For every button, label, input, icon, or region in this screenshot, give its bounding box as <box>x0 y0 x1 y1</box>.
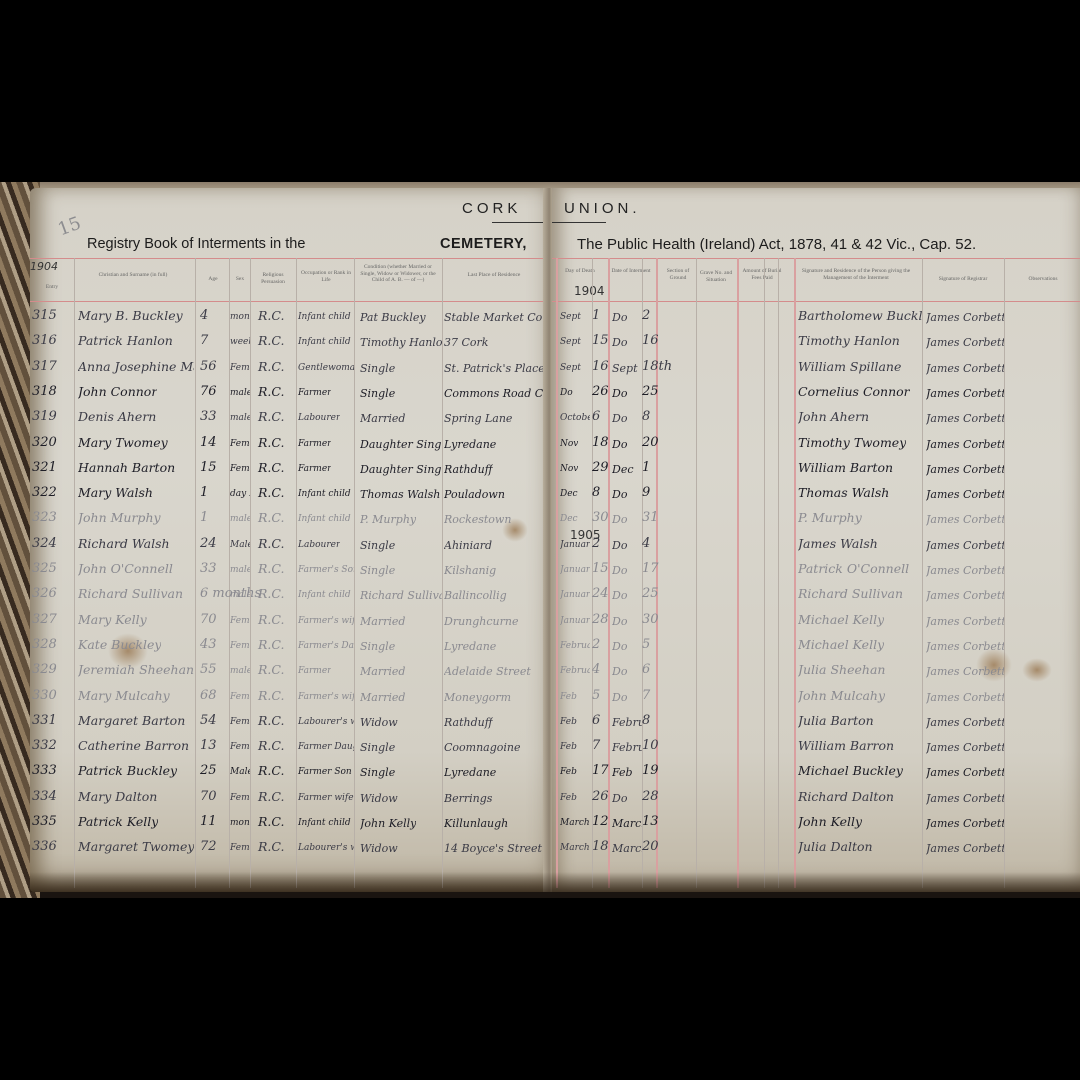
death-day: 24 <box>592 586 609 601</box>
col-condition: Condition (whether Married or Single, Wi… <box>356 264 440 284</box>
interment-day: 10 <box>642 738 659 753</box>
table-row: 330Mary Mulcahy68FemaleR.C.Farmer's wife… <box>30 686 550 711</box>
occupation: Infant child <box>298 590 351 600</box>
interment-day: 20 <box>642 435 659 450</box>
table-row: 325John O'Connell33maleR.C.Farmer's SonS… <box>30 559 550 584</box>
condition: Single <box>360 741 395 754</box>
registrar-signature: James Corbett <box>926 716 1004 729</box>
deceased-name: Jeremiah Sheehan <box>78 662 194 677</box>
residence: 14 Boyce's Street Cork <box>444 842 544 855</box>
condition: John Kelly <box>360 817 416 830</box>
table-row: March18March20Julia DaltonJames Corbett <box>552 837 1080 862</box>
registrar-signature: James Corbett <box>926 842 1004 855</box>
religion: R.C. <box>258 789 284 804</box>
table-row: Sept15Do16Timothy HanlonJames Corbett <box>552 331 1080 356</box>
right-page: UNION. The Public Health (Ireland) Act, … <box>552 188 1080 892</box>
interment-month: Do <box>612 438 627 451</box>
religion: R.C. <box>258 586 284 601</box>
death-month: January <box>560 616 590 626</box>
residence: Killunlaugh <box>444 817 508 830</box>
age: 70 <box>200 789 217 804</box>
entry-number: 330 <box>32 688 57 703</box>
table-row: Feb7February10William BarronJames Corbet… <box>552 736 1080 761</box>
title-registry: Registry Book of Interments in the <box>87 236 305 252</box>
informant-signature: William Barron <box>798 738 894 753</box>
residence: Lyredane <box>444 766 496 779</box>
informant-signature: P. Murphy <box>798 510 862 525</box>
death-day: 2 <box>592 637 600 652</box>
residence: Rockestown <box>444 513 511 526</box>
condition: Pat Buckley <box>360 311 426 324</box>
col-informant: Signature and Residence of the Person gi… <box>796 268 916 281</box>
entry-number: 332 <box>32 738 57 753</box>
condition: P. Murphy <box>360 513 416 526</box>
sex: Female <box>230 742 250 752</box>
col-section: Section of Ground <box>658 268 698 281</box>
table-row: Sept16Sept18thWilliam SpillaneJames Corb… <box>552 357 1080 382</box>
occupation: Farmer's Son <box>298 565 354 575</box>
table-row: Feb26Do28Richard DaltonJames Corbett <box>552 787 1080 812</box>
residence: Adelaide Street <box>444 665 531 678</box>
registrar-signature: James Corbett <box>926 513 1004 526</box>
occupation: Farmer Daughter <box>298 742 354 752</box>
condition: Married <box>360 615 405 628</box>
interment-month: Do <box>612 665 627 678</box>
table-row: 334Mary Dalton70FemaleR.C.Farmer wifeWid… <box>30 787 550 812</box>
table-row: 328Kate Buckley43FemaleR.C.Farmer's Daug… <box>30 635 550 660</box>
entry-number: 323 <box>32 510 57 525</box>
sex: Male <box>230 767 250 777</box>
death-month: March <box>560 843 590 853</box>
occupation: Labourer's wife <box>298 843 354 853</box>
religion: R.C. <box>258 763 284 778</box>
age: 55 <box>200 662 217 677</box>
interment-day: 25 <box>642 384 659 399</box>
death-day: 28 <box>592 612 609 627</box>
interment-month: March <box>612 842 642 855</box>
age: 43 <box>200 637 217 652</box>
informant-signature: Bartholomew Buckley <box>798 308 922 323</box>
header-rule-left <box>492 222 550 223</box>
left-page: 15 CORK Registry Book of Interments in t… <box>30 188 550 892</box>
sex: Female <box>230 793 250 803</box>
sex: male <box>230 388 250 398</box>
deceased-name: Mary B. Buckley <box>78 308 183 323</box>
table-row: 322Mary Walsh1day FemaleR.C.Infant child… <box>30 483 550 508</box>
death-month: Feb <box>560 717 577 727</box>
condition: Single <box>360 564 395 577</box>
col-day-of-death: Day of Death <box>558 268 602 275</box>
occupation: Farmer <box>298 666 331 676</box>
residence: Ahiniard <box>444 539 492 552</box>
condition: Widow <box>360 716 398 729</box>
interment-day: 19 <box>642 763 659 778</box>
death-month: Feb <box>560 692 577 702</box>
table-row: October6Do8John AhernJames Corbett <box>552 407 1080 432</box>
interment-month: Do <box>612 387 627 400</box>
registrar-signature: James Corbett <box>926 362 1004 375</box>
sex: months <box>230 312 250 322</box>
sex: male <box>230 514 250 524</box>
age: 1 <box>200 510 208 525</box>
death-month: January <box>560 565 590 575</box>
informant-signature: Julia Dalton <box>798 839 873 854</box>
deceased-name: Mary Dalton <box>78 789 157 804</box>
occupation: Farmer's Daughter <box>298 641 354 651</box>
condition: Thomas Walsh <box>360 488 440 501</box>
residence: Ballincollig <box>444 589 507 602</box>
condition: Married <box>360 665 405 678</box>
table-row: 317Anna Josephine Mahony56FemaleR.C.Gent… <box>30 357 550 382</box>
sex: Male <box>230 540 250 550</box>
occupation: Farmer Son <box>298 767 352 777</box>
age: 7 <box>200 333 208 348</box>
occupation: Farmer <box>298 464 331 474</box>
death-day: 18 <box>592 839 609 854</box>
informant-signature: Timothy Hanlon <box>798 333 900 348</box>
informant-signature: Michael Kelly <box>798 637 884 652</box>
table-row: Feb6February8Julia BartonJames Corbett <box>552 711 1080 736</box>
informant-signature: Michael Buckley <box>798 763 903 778</box>
informant-signature: William Barton <box>798 460 893 475</box>
death-day: 29 <box>592 460 609 475</box>
condition: Widow <box>360 842 398 855</box>
informant-signature: Cornelius Connor <box>798 384 910 399</box>
table-row: 335Patrick Kelly11months maleR.C.Infant … <box>30 812 550 837</box>
death-month: Nov <box>560 439 578 449</box>
residence: Lyredane <box>444 438 496 451</box>
interment-day: 16 <box>642 333 659 348</box>
table-row: Dec30Do31P. MurphyJames Corbett <box>552 508 1080 533</box>
registrar-signature: James Corbett <box>926 564 1004 577</box>
deceased-name: John Connor <box>78 384 157 399</box>
age: 13 <box>200 738 217 753</box>
residence: Moneygorm <box>444 691 511 704</box>
death-day: 8 <box>592 485 600 500</box>
interment-day: 1 <box>642 460 650 475</box>
occupation: Labourer <box>298 413 340 423</box>
religion: R.C. <box>258 435 284 450</box>
deceased-name: Mary Mulcahy <box>78 688 170 703</box>
interment-month: Do <box>612 564 627 577</box>
col-observations: Observations <box>1006 276 1080 283</box>
death-month: March <box>560 818 590 828</box>
death-day: 4 <box>592 662 600 677</box>
entry-number: 336 <box>32 839 57 854</box>
age: 33 <box>200 409 217 424</box>
religion: R.C. <box>258 814 284 829</box>
table-row: 327Mary Kelly70FemaleR.C.Farmer's wifeMa… <box>30 610 550 635</box>
entry-number: 333 <box>32 763 57 778</box>
informant-signature: James Walsh <box>798 536 878 551</box>
entry-number: 318 <box>32 384 57 399</box>
deceased-name: Patrick Buckley <box>78 763 177 778</box>
year-corner: 1904 <box>30 260 58 273</box>
residence: Berrings <box>444 792 492 805</box>
interment-month: Do <box>612 336 627 349</box>
condition: Timothy Hanlon <box>360 336 442 349</box>
residence: Drunghcurne <box>444 615 518 628</box>
deceased-name: Anna Josephine Mahony <box>78 359 194 374</box>
interment-day: 2 <box>642 308 650 323</box>
table-row: 319Denis Ahern33maleR.C.LabourerMarriedS… <box>30 407 550 432</box>
death-day: 30 <box>592 510 609 525</box>
sex: Female <box>230 616 250 626</box>
religion: R.C. <box>258 536 284 551</box>
age: 72 <box>200 839 217 854</box>
interment-month: Sept <box>612 362 638 375</box>
occupation: Labourer <box>298 540 340 550</box>
occupation: Gentlewoman <box>298 363 354 373</box>
header-rule-right <box>552 222 606 223</box>
interment-month: February <box>612 741 642 754</box>
residence: Rathduff <box>444 716 493 729</box>
sex: Female <box>230 641 250 651</box>
condition: Single <box>360 539 395 552</box>
table-row: January28Do30Michael KellyJames Corbett <box>552 610 1080 635</box>
interment-day: 7 <box>642 688 650 703</box>
informant-signature: John Mulcahy <box>798 688 885 703</box>
informant-signature: Julia Barton <box>798 713 874 728</box>
entry-number: 335 <box>32 814 57 829</box>
col-residence: Last Place of Residence <box>444 272 544 279</box>
death-month: Nov <box>560 464 578 474</box>
religion: R.C. <box>258 384 284 399</box>
residence: Pouladown <box>444 488 505 501</box>
deceased-name: Denis Ahern <box>78 409 156 424</box>
registrar-signature: James Corbett <box>926 792 1004 805</box>
table-row: 324Richard Walsh24MaleR.C.LabourerSingle… <box>30 534 550 559</box>
interment-month: Do <box>612 792 627 805</box>
col-name: Christian and Surname (in full) <box>78 272 188 279</box>
sex: Female <box>230 439 250 449</box>
occupation: Infant child <box>298 514 351 524</box>
condition: Single <box>360 766 395 779</box>
table-row: February4Do6Julia SheehanJames Corbett <box>552 660 1080 685</box>
interment-month: Dec <box>612 463 634 476</box>
deceased-name: Richard Sullivan <box>78 586 183 601</box>
death-day: 6 <box>592 409 600 424</box>
col-registrar: Signature of Registrar <box>924 276 1002 283</box>
title-act: The Public Health (Ireland) Act, 1878, 4… <box>577 236 976 253</box>
table-row: Sept1Do2Bartholomew BuckleyJames Corbett <box>552 306 1080 331</box>
header-cork: CORK <box>462 200 521 217</box>
death-month: Do <box>560 388 573 398</box>
residence: 37 Cork <box>444 336 488 349</box>
deceased-name: Mary Twomey <box>78 435 168 450</box>
registrar-signature: James Corbett <box>926 336 1004 349</box>
interment-day: 28 <box>642 789 659 804</box>
residence: Lyredane <box>444 640 496 653</box>
table-row: March12March13John KellyJames Corbett <box>552 812 1080 837</box>
occupation: Farmer <box>298 439 331 449</box>
death-day: 26 <box>592 384 609 399</box>
religion: R.C. <box>258 359 284 374</box>
entry-number: 321 <box>32 460 57 475</box>
deceased-name: Patrick Kelly <box>78 814 158 829</box>
entry-number: 317 <box>32 359 57 374</box>
religion: R.C. <box>258 308 284 323</box>
entry-number: 328 <box>32 637 57 652</box>
table-row: 321Hannah Barton15FemaleR.C.FarmerDaught… <box>30 458 550 483</box>
table-row: Dec8Do9Thomas WalshJames Corbett <box>552 483 1080 508</box>
age: 15 <box>200 460 217 475</box>
registrar-signature: James Corbett <box>926 615 1004 628</box>
interment-month: Do <box>612 640 627 653</box>
sex: Female <box>230 464 250 474</box>
death-day: 18 <box>592 435 609 450</box>
deceased-name: Mary Walsh <box>78 485 153 500</box>
table-row: Nov18Do20Timothy TwomeyJames Corbett <box>552 433 1080 458</box>
sex: male <box>230 666 250 676</box>
condition: Richard Sullivan <box>360 589 442 602</box>
deceased-name: Margaret Barton <box>78 713 185 728</box>
death-month: Dec <box>560 514 578 524</box>
informant-signature: Michael Kelly <box>798 612 884 627</box>
age: 56 <box>200 359 217 374</box>
interment-day: 20 <box>642 839 659 854</box>
interment-day: 9 <box>642 485 650 500</box>
informant-signature: John Ahern <box>798 409 869 424</box>
residence: St. Patrick's Place Cork <box>444 362 544 375</box>
registrar-signature: James Corbett <box>926 539 1004 552</box>
interment-month: Do <box>612 311 627 324</box>
religion: R.C. <box>258 688 284 703</box>
age: 68 <box>200 688 217 703</box>
informant-signature: Richard Dalton <box>798 789 894 804</box>
death-day: 12 <box>592 814 609 829</box>
age: 24 <box>200 536 217 551</box>
age: 70 <box>200 612 217 627</box>
registrar-signature: James Corbett <box>926 640 1004 653</box>
entry-number: 320 <box>32 435 57 450</box>
entry-number: 325 <box>32 561 57 576</box>
death-month: February <box>560 641 590 651</box>
interment-day: 13 <box>642 814 659 829</box>
table-row: 333Patrick Buckley25MaleR.C.Farmer SonSi… <box>30 761 550 786</box>
table-row: January2Do4James WalshJames Corbett <box>552 534 1080 559</box>
table-row: February2Do5Michael KellyJames Corbett <box>552 635 1080 660</box>
interment-day: 4 <box>642 536 650 551</box>
informant-signature: Thomas Walsh <box>798 485 889 500</box>
deceased-name: Hannah Barton <box>78 460 175 475</box>
religion: R.C. <box>258 460 284 475</box>
age: 33 <box>200 561 217 576</box>
religion: R.C. <box>258 637 284 652</box>
death-day: 17 <box>592 763 609 778</box>
year-1904: 1904 <box>574 284 605 298</box>
col-religion: Religious Persuasion <box>252 272 294 285</box>
deceased-name: Patrick Hanlon <box>78 333 173 348</box>
death-day: 2 <box>592 536 600 551</box>
table-row: 315Mary B. Buckley4monthsR.C.Infant chil… <box>30 306 550 331</box>
entry-number: 326 <box>32 586 57 601</box>
interment-day: 5 <box>642 637 650 652</box>
occupation: Labourer's wife <box>298 717 354 727</box>
table-row: 318John Connor76maleR.C.FarmerSingleComm… <box>30 382 550 407</box>
death-month: Feb <box>560 793 577 803</box>
table-row: Feb17Feb19Michael BuckleyJames Corbett <box>552 761 1080 786</box>
death-day: 1 <box>592 308 600 323</box>
interment-day: 25 <box>642 586 659 601</box>
registrar-signature: James Corbett <box>926 665 1004 678</box>
age: 76 <box>200 384 217 399</box>
col-sex: Sex <box>230 276 250 283</box>
interment-month: Do <box>612 539 627 552</box>
religion: R.C. <box>258 333 284 348</box>
age: 14 <box>200 435 217 450</box>
age: 25 <box>200 763 217 778</box>
interment-month: Do <box>612 488 627 501</box>
occupation: Farmer <box>298 388 331 398</box>
deceased-name: Richard Walsh <box>78 536 170 551</box>
interment-day: 17 <box>642 561 659 576</box>
age: 4 <box>200 308 208 323</box>
religion: R.C. <box>258 662 284 677</box>
table-row: Feb5Do7John MulcahyJames Corbett <box>552 686 1080 711</box>
sex: Female <box>230 363 250 373</box>
col-date-interment: Date of Interment <box>610 268 652 275</box>
registrar-signature: James Corbett <box>926 463 1004 476</box>
death-day: 7 <box>592 738 600 753</box>
entry-number: 324 <box>32 536 57 551</box>
death-month: Sept <box>560 363 581 373</box>
sex: Female <box>230 717 250 727</box>
informant-signature: Patrick O'Connell <box>798 561 909 576</box>
religion: R.C. <box>258 409 284 424</box>
registrar-signature: James Corbett <box>926 488 1004 501</box>
occupation: Infant child <box>298 312 351 322</box>
deceased-name: John O'Connell <box>78 561 173 576</box>
informant-signature: Timothy Twomey <box>798 435 906 450</box>
occupation: Infant child <box>298 489 351 499</box>
residence: Commons Road Cork <box>444 387 544 400</box>
interment-month: Do <box>612 691 627 704</box>
interment-month: February <box>612 716 642 729</box>
informant-signature: Julia Sheehan <box>798 662 885 677</box>
entry-number: 319 <box>32 409 57 424</box>
sex: Female <box>230 843 250 853</box>
residence: Stable Market Cork <box>444 311 544 324</box>
interment-month: Do <box>612 615 627 628</box>
occupation: Infant child <box>298 337 351 347</box>
condition: Single <box>360 387 395 400</box>
condition: Married <box>360 691 405 704</box>
religion: R.C. <box>258 510 284 525</box>
death-month: Feb <box>560 742 577 752</box>
condition: Married <box>360 412 405 425</box>
age: 1 <box>200 485 208 500</box>
registrar-signature: James Corbett <box>926 311 1004 324</box>
sex: male <box>230 413 250 423</box>
interment-day: 8 <box>642 713 650 728</box>
age: 11 <box>200 814 217 829</box>
entry-number: 334 <box>32 789 57 804</box>
table-row: 329Jeremiah Sheehan55maleR.C.FarmerMarri… <box>30 660 550 685</box>
residence: Kilshanig <box>444 564 496 577</box>
interment-day: 30 <box>642 612 659 627</box>
entry-number: 316 <box>32 333 57 348</box>
residence: Rathduff <box>444 463 493 476</box>
death-month: October <box>560 413 590 423</box>
page-bottom-shadow <box>30 872 1080 892</box>
deceased-name: Margaret Twomey <box>78 839 194 854</box>
registrar-signature: James Corbett <box>926 741 1004 754</box>
registry-scan: 15 CORK Registry Book of Interments in t… <box>0 182 1080 898</box>
condition: Widow <box>360 792 398 805</box>
interment-month: March <box>612 817 642 830</box>
registrar-signature: James Corbett <box>926 438 1004 451</box>
